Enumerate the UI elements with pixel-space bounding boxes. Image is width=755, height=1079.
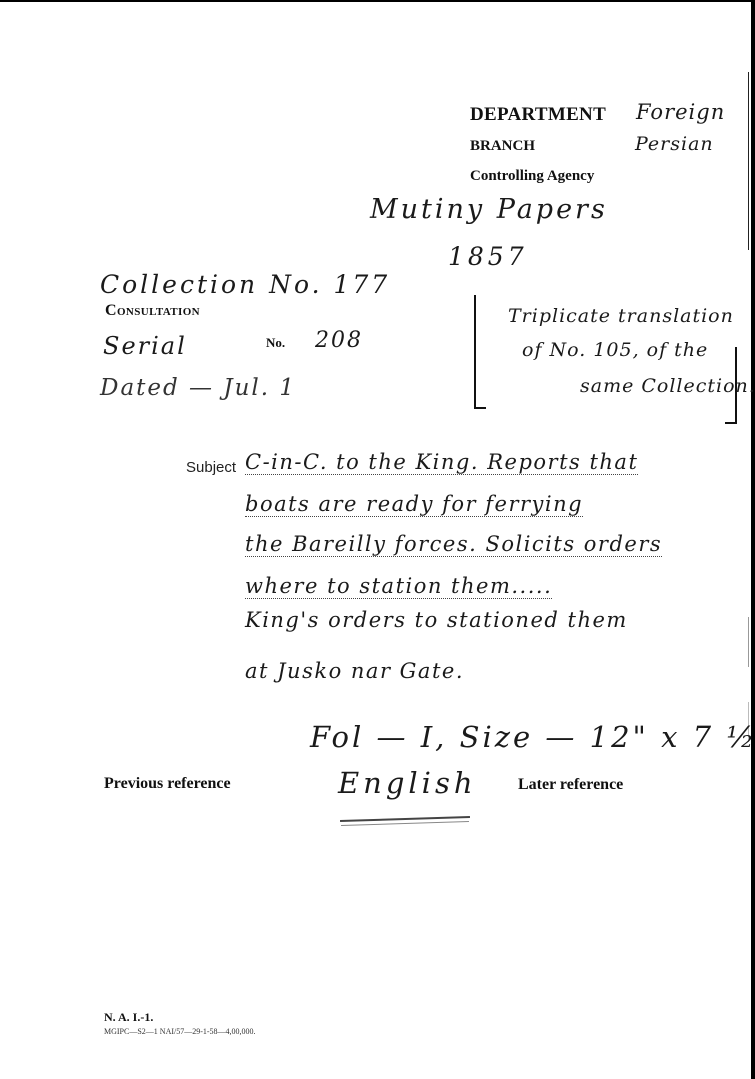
controlling-agency-label: Controlling Agency [470, 168, 594, 185]
branch-label: BRANCH [470, 138, 535, 155]
subject-line: boats are ready for ferrying [245, 492, 583, 517]
language-underline [341, 821, 469, 826]
number-label: No. [266, 335, 285, 351]
subject-label: Subject [186, 459, 236, 476]
folio-size: Fol — I, Size — 12" x 7 ½" [310, 720, 755, 754]
department-value: Foreign [636, 100, 725, 124]
number-value: 208 [315, 328, 363, 353]
collection-number: Collection No. 177 [100, 270, 390, 299]
margin-rule [748, 72, 749, 250]
document-page: DEPARTMENT Foreign BRANCH Persian Contro… [0, 0, 755, 1079]
subject-line: C-in-C. to the King. Reports that [245, 450, 638, 475]
note-line: Triplicate translation [508, 305, 734, 327]
bracket-left [474, 295, 486, 409]
previous-reference-label: Previous reference [104, 775, 231, 793]
note-line: of No. 105, of the [522, 339, 708, 361]
form-code: N. A. I.-1. [104, 1010, 153, 1025]
subject-line: where to station them..... [245, 574, 552, 599]
document-year: 1857 [448, 242, 528, 271]
branch-value: Persian [635, 133, 714, 155]
subject-line: King's orders to stationed them [245, 608, 628, 632]
later-reference-label: Later reference [518, 776, 623, 794]
serial-value: Serial [103, 332, 187, 360]
print-line: MGIPC—S2—1 NAI/57—29-1-58—4,00,000. [104, 1027, 256, 1036]
consultation-label: Consultation [105, 302, 200, 320]
dated-value: Dated — Jul. 1 [100, 375, 296, 401]
subject-line: at Jusko nar Gate. [245, 659, 464, 683]
note-line: same Collection. [580, 375, 755, 397]
document-title: Mutiny Papers [370, 194, 608, 225]
language-value: English [338, 766, 477, 800]
margin-rule [748, 617, 749, 667]
department-label: DEPARTMENT [470, 104, 606, 126]
subject-line: the Bareilly forces. Solicits orders [245, 532, 662, 557]
